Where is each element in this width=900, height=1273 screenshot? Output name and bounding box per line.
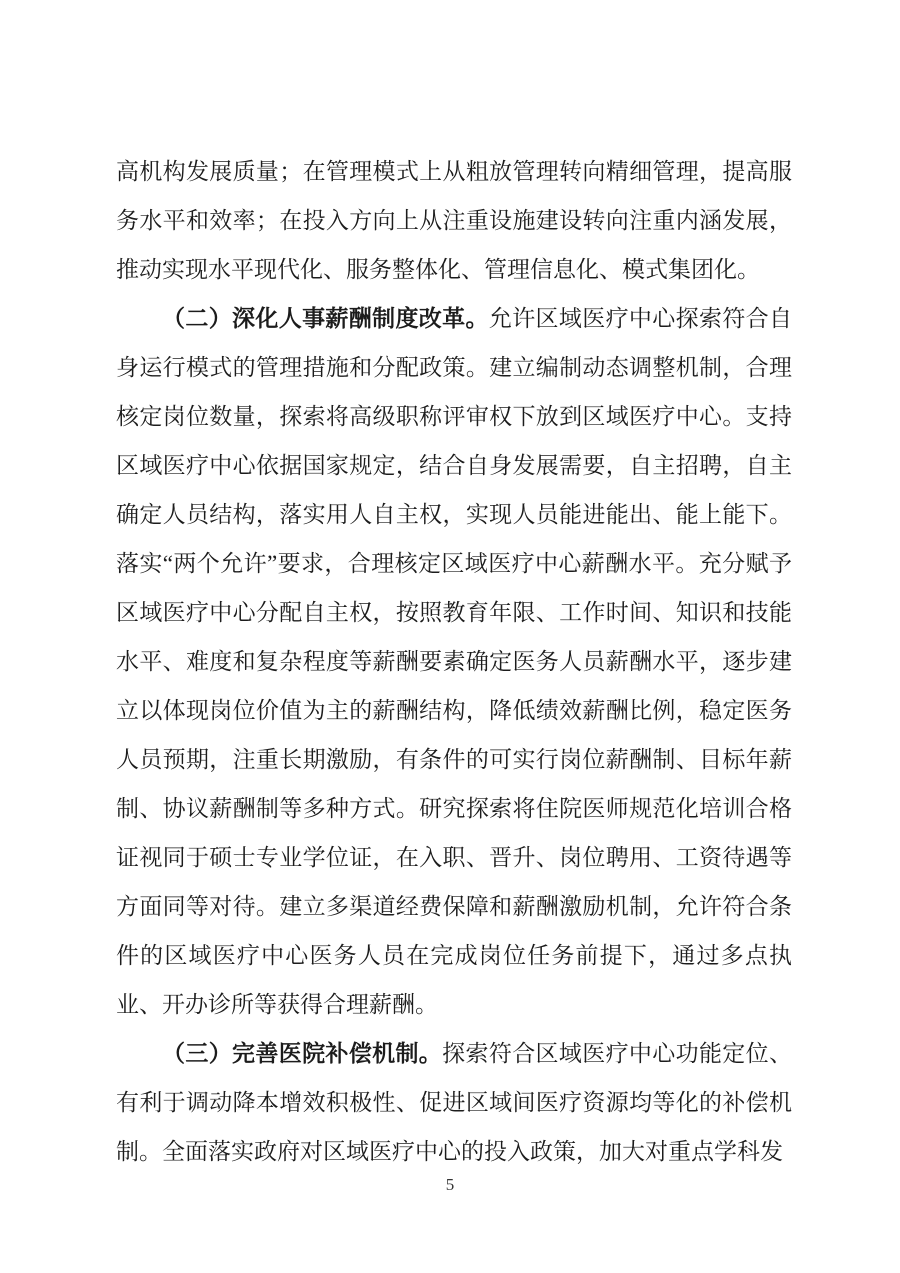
paragraph-heading: （二）深化人事薪酬制度改革。 (162, 306, 489, 331)
paragraph: （三）完善医院补偿机制。探索符合区域医疗中心功能定位、有利于调动降本增效积极性、… (116, 1029, 792, 1176)
paragraph-heading: （三）完善医院补偿机制。 (162, 1041, 442, 1066)
paragraph: 高机构发展质量；在管理模式上从粗放管理转向精细管理，提高服务水平和效率；在投入方… (116, 147, 792, 294)
paragraph: （二）深化人事薪酬制度改革。允许区域医疗中心探索符合自身运行模式的管理措施和分配… (116, 294, 792, 1029)
page-number: 5 (0, 1172, 900, 1198)
document-page: 高机构发展质量；在管理模式上从粗放管理转向精细管理，提高服务水平和效率；在投入方… (0, 0, 900, 1273)
paragraph-body: 允许区域医疗中心探索符合自身运行模式的管理措施和分配政策。建立编制动态调整机制，… (116, 306, 792, 1017)
paragraph-body: 高机构发展质量；在管理模式上从粗放管理转向精细管理，提高服务水平和效率；在投入方… (116, 159, 792, 282)
document-body: 高机构发展质量；在管理模式上从粗放管理转向精细管理，提高服务水平和效率；在投入方… (116, 147, 792, 1176)
